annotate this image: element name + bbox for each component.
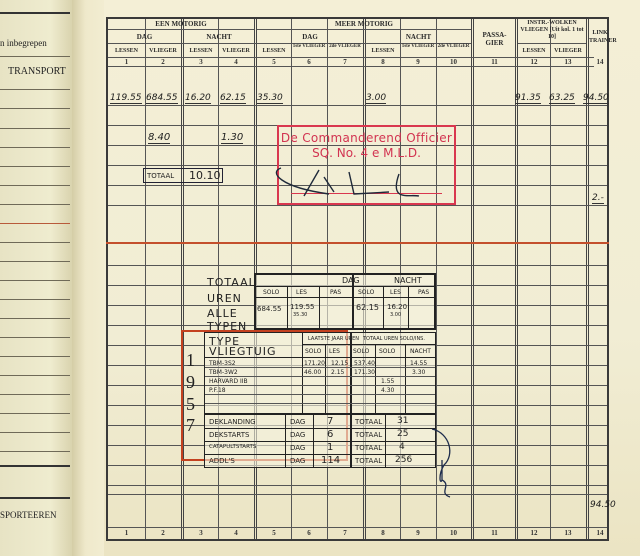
red-total-rule [106,242,609,244]
col-number: 14 [589,529,611,537]
landing-value: 6 [327,429,333,440]
col-number: 11 [474,58,515,66]
initials-icon [430,425,470,500]
landing-value: 114 [321,455,340,466]
col-number: 3 [184,529,218,537]
year-digit: 9 [186,372,195,393]
header-lessen: LESSEN [184,47,218,55]
header-dag: DAG [108,33,181,41]
landing-total: 31 [397,416,408,426]
header-instr: INSTR.-WOLKEN VLIEGEN [Uit kol. 1 tot 10… [518,20,586,41]
left-page: n inbegrepen TRANSPORT SPORTEEREN [0,0,73,556]
header-dag: DAG [257,33,363,41]
header-vlieger: VLIEGER [550,47,586,55]
landing-period: DAG [290,457,305,465]
entry-col14-row5: 2.- [592,193,604,204]
col-number: 2 [145,529,181,537]
header-vlieger2: 2de VLIEGER [436,44,471,50]
entry-col3: 16.20 [185,93,211,104]
entry-col1: 119.55 [110,93,142,104]
landing-total: 4 [399,442,405,452]
col-number: 5 [257,58,291,66]
cell: 171.30 [354,369,375,376]
landing-label: DEKSTARTS [209,431,249,439]
rule [0,12,70,14]
header-vlieger1: 1ste VLIEGER [400,44,436,50]
alle-label: ALLE [207,307,238,320]
cell: 4.30 [381,387,394,394]
landing-label: ADDL'S [209,457,235,465]
col-number: 10 [436,529,471,537]
col-number: 12 [518,58,550,66]
nacht-les-value: 16.20 [387,303,407,311]
col-number: 8 [366,58,400,66]
col-solo: SOLO [305,348,321,355]
dag-les-value: 119.55 [290,303,315,311]
cell: 2.15 [331,369,344,376]
col-number: 8 [366,529,400,537]
totaal-uren-label: TOTAAL [207,276,256,289]
entry-col13: 63.25 [549,93,575,104]
header-vlieger: VLIEGER [218,47,254,55]
entry-row2-col2: 8.40 [148,132,170,144]
header-een-motorig: EEN MOTORIG [108,20,254,28]
col-solo: SOLO [353,348,369,355]
col-number: 10 [436,58,471,66]
col-number: 6 [291,529,327,537]
cell: 3.30 [412,369,425,376]
col-number: 12 [518,529,550,537]
col-number: 1 [108,529,145,537]
landing-label: DEKLANDING [209,418,256,426]
landing-total: 25 [397,429,408,439]
col-number: 1 [108,58,145,66]
total-hours-table: DAG NACHT SOLO LES PAS SOLO LES PAS 684.… [254,273,436,330]
entry-col12: 91.35 [515,93,541,104]
landing-period: DAG [290,444,305,452]
header-link-trainer: LINK TRAINER [589,29,611,45]
dag-les-sub: 35.30 [293,312,307,318]
header-lessen: LESSEN [108,47,145,55]
cell: 171.20 [304,360,325,367]
header-passagier: PASSA- GIER [474,31,515,47]
col-number: 7 [327,529,363,537]
type-row: TBM-3W2 [209,369,238,376]
book-gutter [72,0,106,556]
entry-col2: 684.55 [146,93,178,104]
col-number: 6 [291,58,327,66]
col-number: 13 [550,529,586,537]
signature-icon [269,162,439,207]
sub-header: SOLO [263,289,279,296]
col-solo: SOLO [379,348,395,355]
col-number: 13 [550,58,586,66]
totaal-uren-solo-label: TOTAAL UREN SOLO/INS. [363,336,425,342]
transport-label: TRANSPORT [8,66,66,77]
year-digit: 7 [186,415,195,436]
sub-header: SOLO [358,289,374,296]
header-lessen: LESSEN [518,47,550,55]
landing-total-label: TOTAAL [355,431,382,439]
cell: 537.40 [354,360,375,367]
landing-total-label: TOTAAL [355,418,382,426]
landing-total-label: TOTAAL [355,457,382,465]
totaal-box: TOTAAL 10.10 [143,168,223,183]
type-row: P.F.18 [209,387,226,394]
landing-value: 1 [327,442,333,453]
col-number: 4 [218,58,254,66]
footer-col14: 94.50 [590,500,616,510]
dag-solo-value: 684.55 [257,305,282,313]
aircraft-type-table: TYPE VLIEGTUIG LAATSTE JAAR UREN TOTAAL … [204,332,436,414]
col-number: 14 [589,58,611,66]
entry-col8: 3.00 [366,93,386,104]
header-nacht: NACHT [184,33,254,41]
nacht-label: NACHT [394,276,422,285]
sub-header: PAS [418,289,429,296]
type-row: HARVARD IIB [209,378,248,385]
sub-header: LES [296,289,307,296]
landing-total-label: TOTAAL [355,444,382,452]
year-digit: 1 [186,350,195,371]
year-digit: 5 [186,394,195,415]
totaal-label: TOTAAL [147,172,174,180]
col-number: 4 [218,529,254,537]
col-number: 5 [257,529,291,537]
header-vlieger1: 1ste VLIEGER [291,44,327,50]
nacht-les-sub: 3.00 [390,312,401,318]
header-lessen: LESSEN [366,47,400,55]
stamp-line2: SQ. No. 4 e M.L.D. [279,146,454,160]
entry-col14: 94.50 [583,93,609,104]
dag-label: DAG [342,276,360,285]
left-header-text: n inbegrepen [0,38,47,48]
cell: 14.55 [410,360,427,367]
cell: 1.55 [381,378,394,385]
header-vlieger: VLIEGER [145,47,181,55]
footer-label: SPORTEEREN [0,510,56,520]
col-number: 9 [400,529,436,537]
header-meer-motorig: MEER MOTORIG [257,20,471,28]
col-number: 7 [327,58,363,66]
landing-total: 256 [395,455,412,465]
header-vlieger2: 2de VLIEGER [327,44,363,50]
entry-row2-col4: 1.30 [221,132,243,144]
col-nacht: NACHT [410,348,431,355]
col-number: 11 [474,529,515,537]
sub-header: LES [390,289,401,296]
landing-label: CATAPULTSTARTS [209,444,256,450]
entry-col5: 35.30 [257,93,283,104]
cell: 12.15 [331,360,348,367]
col-number: 2 [145,58,181,66]
type-row: TBM-3S2 [209,360,236,367]
rule [0,56,70,57]
header-nacht: NACHT [366,33,471,41]
col-number: 3 [184,58,218,66]
sub-header: PAS [330,289,341,296]
col-les: LES [329,348,340,355]
nacht-solo-value: 62.15 [356,303,379,312]
landings-table: DEKLANDING DAG 7 TOTAAL 31 DEKSTARTS DAG… [204,414,436,468]
landing-period: DAG [290,418,305,426]
header-lessen: LESSEN [257,47,291,55]
landing-value: 7 [327,416,333,427]
uren-label: UREN [207,292,242,305]
stamp-line1: De Commanderend Officier [279,131,454,145]
col-number: 9 [400,58,436,66]
commander-stamp: De Commanderend Officier SQ. No. 4 e M.L… [277,125,456,205]
entry-col4: 62.15 [220,93,246,104]
totaal-value: 10.10 [189,169,221,182]
landing-period: DAG [290,431,305,439]
cell: 46.00 [304,369,321,376]
